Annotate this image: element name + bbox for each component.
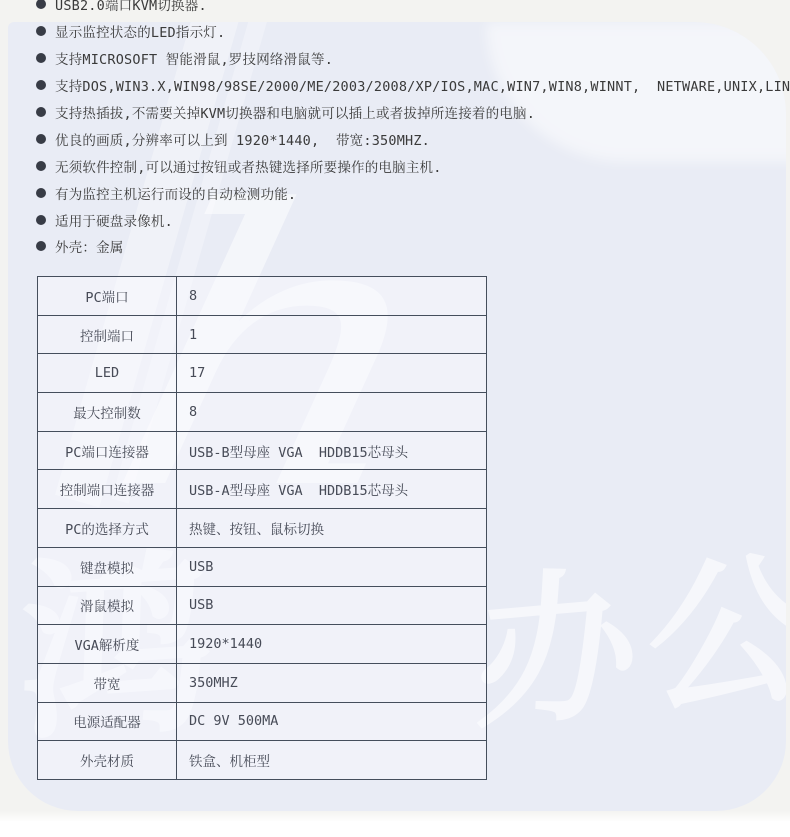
bottom-white-strip: [0, 821, 790, 837]
table-row: 带宽350MHZ: [38, 663, 487, 702]
spec-value: 铁盒、机柜型: [177, 741, 487, 780]
spec-label: 最大控制数: [38, 393, 177, 432]
bottom-gradient: [0, 811, 790, 821]
spec-label: VGA解析度: [38, 625, 177, 664]
feature-text: 支持热插拔,不需要关掉KVM切换器和电脑就可以插上或者拔掉所连接着的电脑.: [55, 102, 535, 122]
table-row: 键盘模拟USB: [38, 547, 487, 586]
table-row: PC端口8: [38, 277, 487, 316]
table-row: 外壳材质铁盒、机柜型: [38, 741, 487, 780]
feature-item: 外壳：金属: [36, 233, 790, 260]
spec-value: DC 9V 500MA: [177, 702, 487, 741]
spec-label: 带宽: [38, 663, 177, 702]
bullet-icon: [36, 0, 46, 9]
spec-value: USB-B型母座 VGA HDDB15芯母头: [177, 431, 487, 470]
bullet-icon: [36, 80, 46, 90]
bullet-icon: [36, 215, 46, 225]
feature-item: 有为监控主机运行而设的自动检测功能.: [36, 179, 790, 206]
feature-item: 支持热插拔,不需要关掉KVM切换器和电脑就可以插上或者拔掉所连接着的电脑.: [36, 99, 790, 126]
table-row: 最大控制数8: [38, 393, 487, 432]
bullet-icon: [36, 188, 46, 198]
spec-label: LED: [38, 354, 177, 393]
feature-item: 显示监控状态的LED指示灯.: [36, 18, 790, 45]
spec-label: 电源适配器: [38, 702, 177, 741]
spec-label: 控制端口连接器: [38, 470, 177, 509]
spec-label: PC端口连接器: [38, 431, 177, 470]
spec-label: PC的选择方式: [38, 509, 177, 548]
feature-text: 显示监控状态的LED指示灯.: [55, 21, 225, 41]
spec-value: 350MHZ: [177, 663, 487, 702]
spec-value: USB-A型母座 VGA HDDB15芯母头: [177, 470, 487, 509]
table-row: 滑鼠模拟USB: [38, 586, 487, 625]
table-row: LED17: [38, 354, 487, 393]
spec-value: 热键、按钮、鼠标切换: [177, 509, 487, 548]
feature-item: 优良的画质,分辨率可以上到 1920*1440, 带宽:350MHZ.: [36, 125, 790, 152]
bullet-icon: [36, 241, 46, 251]
feature-text: 支持MICROSOFT 智能滑鼠,罗技网络滑鼠等.: [55, 48, 333, 68]
feature-text: 外壳：金属: [55, 236, 124, 256]
table-row: 控制端口1: [38, 315, 487, 354]
bullet-icon: [36, 134, 46, 144]
spec-label: PC端口: [38, 277, 177, 316]
feature-text: 优良的画质,分辨率可以上到 1920*1440, 带宽:350MHZ.: [55, 129, 430, 149]
feature-text: 支持DOS,WIN3.X,WIN98/98SE/2000/ME/2003/200…: [55, 75, 790, 95]
table-row: PC端口连接器USB-B型母座 VGA HDDB15芯母头: [38, 431, 487, 470]
spec-label: 控制端口: [38, 315, 177, 354]
spec-value: 1920*1440: [177, 625, 487, 664]
spec-value: 8: [177, 393, 487, 432]
spec-value: USB: [177, 547, 487, 586]
bullet-icon: [36, 161, 46, 171]
feature-text: 有为监控主机运行而设的自动检测功能.: [55, 183, 296, 203]
feature-item: 支持DOS,WIN3.X,WIN98/98SE/2000/ME/2003/200…: [36, 72, 790, 99]
feature-list: USB2.0端口KVM切换器. 显示监控状态的LED指示灯. 支持MICROSO…: [36, 0, 790, 260]
feature-item: 支持MICROSOFT 智能滑鼠,罗技网络滑鼠等.: [36, 45, 790, 72]
feature-item: 适用于硬盘录像机.: [36, 206, 790, 233]
spec-value: 17: [177, 354, 487, 393]
spec-value: 1: [177, 315, 487, 354]
spec-table: PC端口8 控制端口1 LED17 最大控制数8 PC端口连接器USB-B型母座…: [37, 276, 487, 780]
table-row: PC的选择方式热键、按钮、鼠标切换: [38, 509, 487, 548]
feature-item: USB2.0端口KVM切换器.: [36, 0, 790, 18]
feature-item: 无须软件控制,可以通过按钮或者热键选择所要操作的电脑主机.: [36, 152, 790, 179]
watermark-text: 办公: [472, 546, 786, 739]
table-row: 控制端口连接器USB-A型母座 VGA HDDB15芯母头: [38, 470, 487, 509]
bullet-icon: [36, 26, 46, 36]
feature-text: 无须软件控制,可以通过按钮或者热键选择所要操作的电脑主机.: [55, 156, 442, 176]
spec-value: USB: [177, 586, 487, 625]
feature-text: USB2.0端口KVM切换器.: [55, 0, 207, 14]
spec-value: 8: [177, 277, 487, 316]
table-row: VGA解析度1920*1440: [38, 625, 487, 664]
feature-text: 适用于硬盘录像机.: [55, 210, 173, 230]
table-row: 电源适配器DC 9V 500MA: [38, 702, 487, 741]
spec-label: 滑鼠模拟: [38, 586, 177, 625]
spec-label: 外壳材质: [38, 741, 177, 780]
spec-label: 键盘模拟: [38, 547, 177, 586]
bullet-icon: [36, 107, 46, 117]
bullet-icon: [36, 53, 46, 63]
